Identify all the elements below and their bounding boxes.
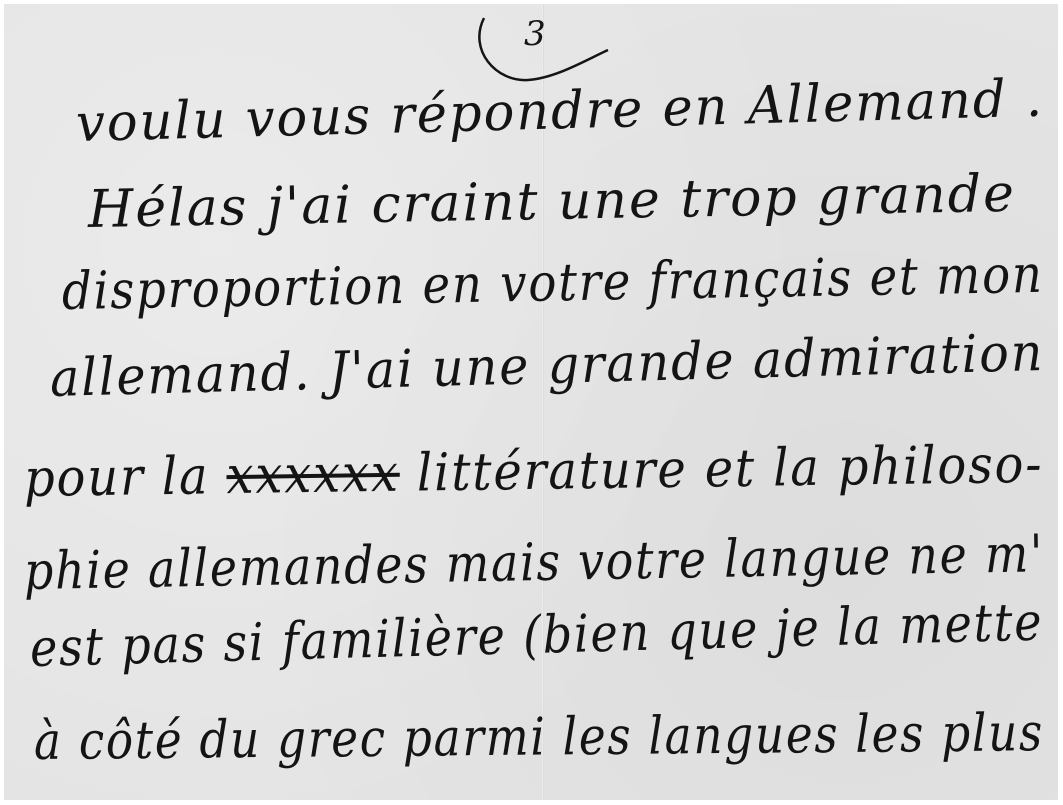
letter-page: 3 voulu vous répondre en Allemand . Héla… [4,4,1058,800]
letter-line-5-end: littérature et la philoso- [399,435,1043,504]
struck-out-word: xxxxxx [226,444,400,506]
letter-line-4: allemand. J'ai une grande admiration [49,323,1045,409]
page-number: 3 [524,14,546,54]
letter-line-7: est pas si familière (bien que je la met… [29,592,1044,679]
letter-line-8: à côté du grec parmi les langues les plu… [34,703,1044,772]
letter-line-5-start: pour la [24,446,227,509]
letter-line-5: pour la xxxxxx littérature et la philoso… [24,435,1044,509]
letter-line-2: Hélas j'ai craint une trop grande [87,164,1016,240]
letter-line-1: voulu vous répondre en Allemand . [75,69,1044,154]
letter-line-3: disproportion en votre français et mon [61,245,1044,322]
letter-line-6: phie allemandes mais votre langue ne m' [23,524,1044,602]
